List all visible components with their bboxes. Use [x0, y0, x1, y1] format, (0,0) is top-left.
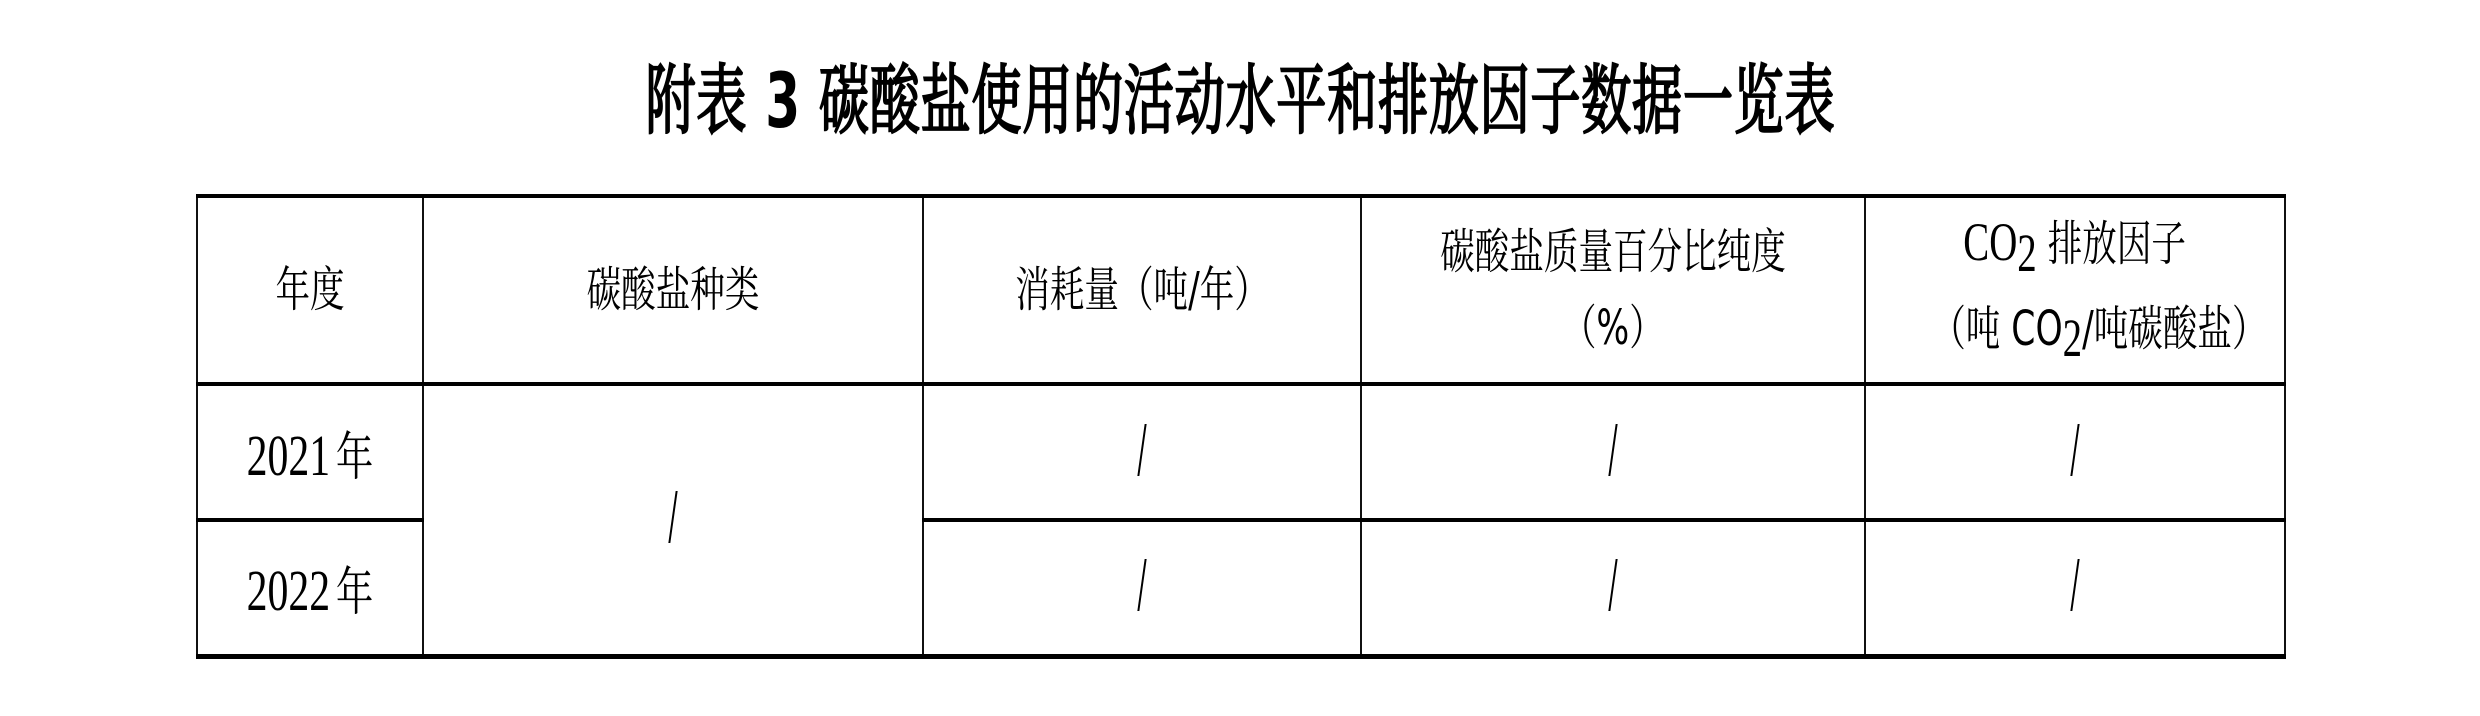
cell-year: 2021年 — [197, 384, 423, 520]
document-title: 附表 3 碳酸盐使用的活动水平和排放因子数据一览表 — [0, 56, 2480, 146]
header-carbonate-type: 碳酸盐种类 — [423, 196, 923, 384]
empty-value-slash — [668, 491, 677, 543]
carbonate-data-table: 年度 碳酸盐种类 消耗量（吨/年） 碳酸盐质量百分比纯度 （%） CO2 排放因… — [196, 194, 2286, 659]
emission-factor-line1: CO2 排放因子 — [1964, 204, 2187, 291]
header-year: 年度 — [197, 196, 423, 384]
empty-value-slash — [1137, 424, 1146, 476]
cell-consumption — [923, 384, 1361, 520]
table-caption: 附表 3 碳酸盐使用的活动水平和排放因子数据一览表 — [645, 56, 1835, 146]
empty-value-slash — [1137, 559, 1146, 611]
cell-carbonate-type — [423, 384, 923, 656]
cell-purity — [1361, 520, 1865, 656]
empty-value-slash — [1608, 559, 1617, 611]
table-row: 2021年 — [197, 384, 2285, 520]
cell-purity — [1361, 384, 1865, 520]
cell-year: 2022年 — [197, 520, 423, 656]
header-emission-factor: CO2 排放因子 （吨 CO2/吨碳酸盐） — [1865, 196, 2285, 384]
emission-factor-line2: （吨 CO2/吨碳酸盐） — [1931, 291, 2266, 376]
empty-value-slash — [2070, 559, 2079, 611]
cell-emission-factor — [1865, 384, 2285, 520]
empty-value-slash — [2070, 424, 2079, 476]
table-header-row: 年度 碳酸盐种类 消耗量（吨/年） 碳酸盐质量百分比纯度 （%） CO2 排放因… — [197, 196, 2285, 384]
cell-consumption — [923, 520, 1361, 656]
empty-value-slash — [1608, 424, 1617, 476]
header-consumption: 消耗量（吨/年） — [923, 196, 1361, 384]
cell-emission-factor — [1865, 520, 2285, 656]
header-purity: 碳酸盐质量百分比纯度 （%） — [1361, 196, 1865, 384]
